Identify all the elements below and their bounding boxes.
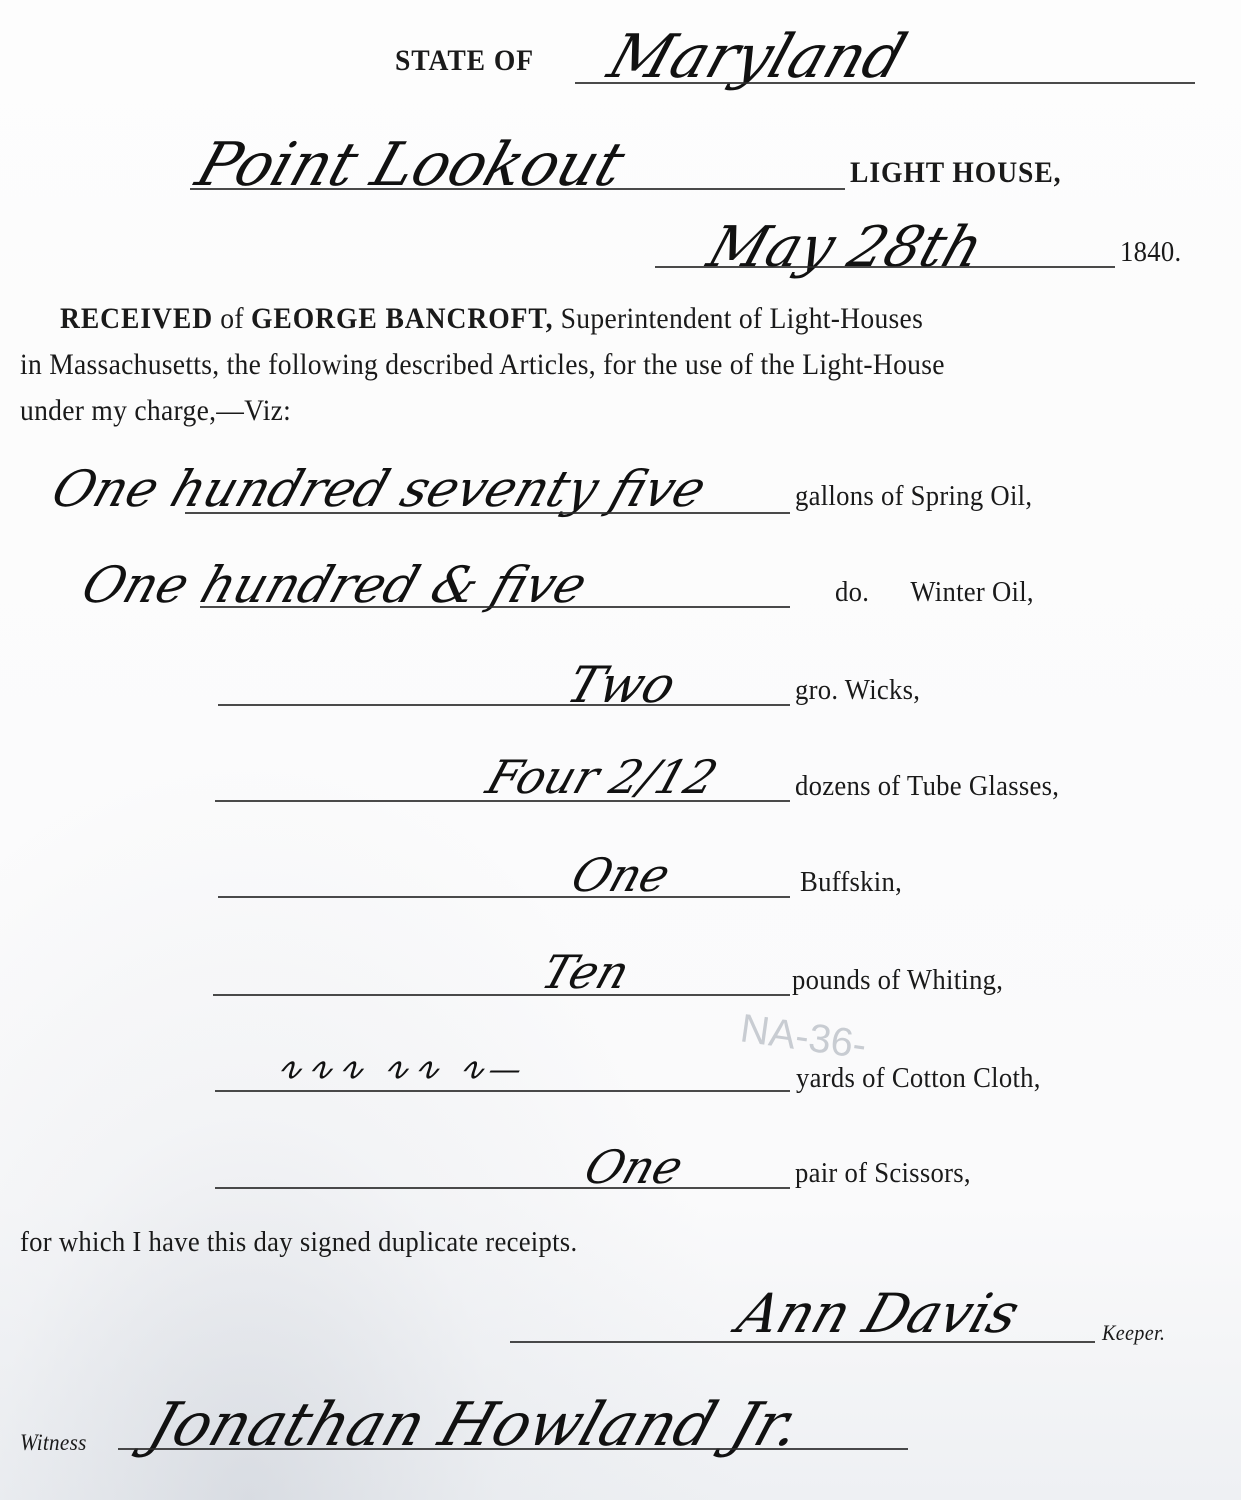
article-underline — [215, 800, 790, 802]
article-quantity: One hundred seventy five — [45, 460, 713, 518]
article-underline — [218, 896, 790, 898]
preamble-line-2: in Massachusetts, the following describe… — [20, 348, 945, 382]
keeper-signature: Ann Davis — [730, 1282, 1027, 1345]
keeper-underline — [510, 1341, 1095, 1343]
witness-underline — [118, 1448, 908, 1450]
article-item: gro. Wicks, — [795, 674, 920, 707]
article-item: gallons of Spring Oil, — [795, 480, 1032, 513]
article-item: pounds of Whiting, — [792, 964, 1003, 997]
year: 1840. — [1120, 236, 1181, 269]
superintendent-name: GEORGE BANCROFT, — [251, 302, 554, 335]
article-underline — [200, 606, 790, 608]
state-label: STATE OF — [395, 44, 534, 78]
article-quantity: Four 2/12 — [480, 750, 724, 804]
closing-statement: for which I have this day signed duplica… — [20, 1226, 577, 1259]
preamble-line-3: under my charge,—Viz: — [20, 394, 291, 428]
date-value: May 28th — [700, 215, 991, 280]
article-quantity: One — [578, 1140, 690, 1194]
preamble-line-1-rest: Superintendent of Light-Houses — [561, 302, 923, 335]
article-item: dozens of Tube Glasses, — [795, 770, 1059, 803]
preamble-line-1: RECEIVED of GEORGE BANCROFT, Superintend… — [60, 302, 923, 336]
lighthouse-label: LIGHT HOUSE, — [850, 156, 1061, 190]
article-underline — [215, 1090, 790, 1092]
of-word: of — [220, 302, 244, 335]
article-quantity: ∿∿∿ ∿∿ ∿— — [270, 1050, 532, 1088]
state-underline — [575, 82, 1195, 84]
article-underline — [213, 994, 790, 996]
lighthouse-underline — [190, 188, 845, 190]
article-underline — [218, 704, 790, 706]
date-underline — [655, 266, 1115, 268]
article-underline — [215, 1187, 790, 1189]
article-underline — [185, 512, 790, 514]
received-label: RECEIVED — [60, 302, 213, 335]
article-item: pair of Scissors, — [795, 1157, 971, 1190]
article-item: yards of Cotton Cloth, — [796, 1062, 1041, 1095]
article-quantity: One — [565, 848, 677, 902]
article-item: do. Winter Oil, — [835, 576, 1034, 609]
witness-label: Witness — [20, 1430, 87, 1456]
article-item: Buffskin, — [800, 866, 902, 899]
article-quantity: Ten — [535, 945, 637, 999]
keeper-label: Keeper. — [1102, 1320, 1165, 1346]
